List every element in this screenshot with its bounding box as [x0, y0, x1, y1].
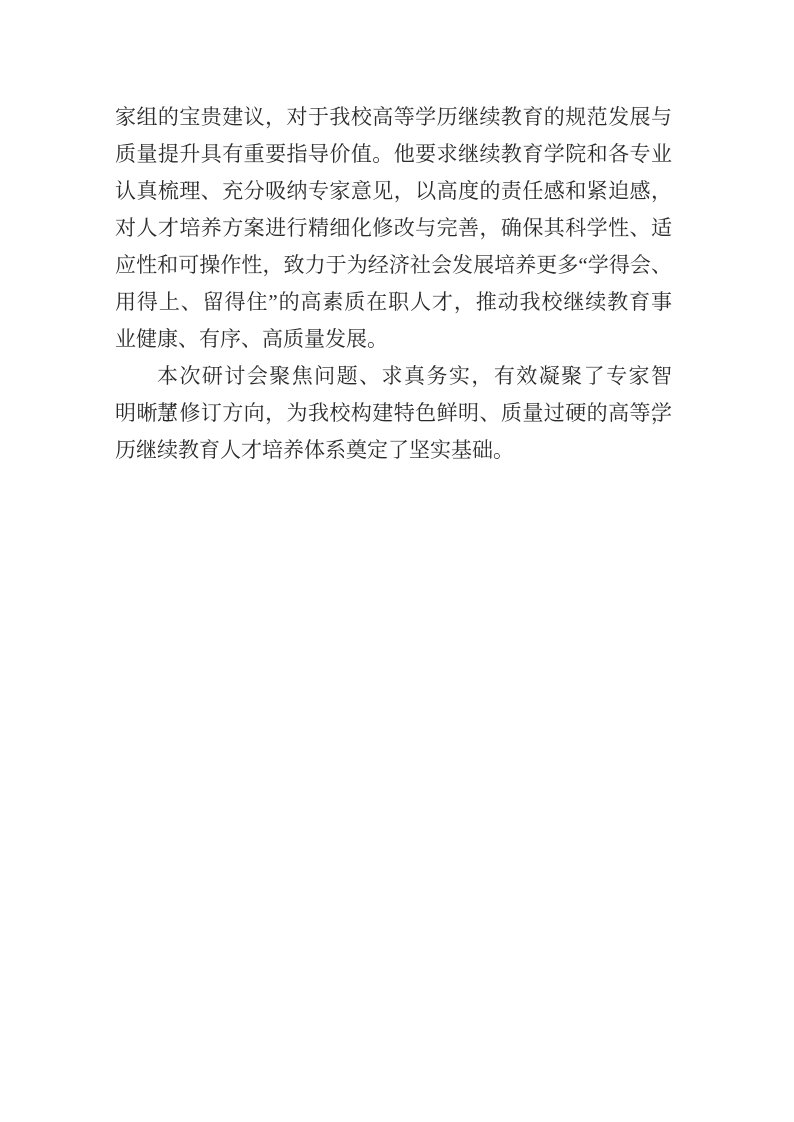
paragraph: 家组的宝贵建议，对于我校高等学历继续教育的规范发展与质量提升具有重要指导价值。他…: [115, 99, 672, 358]
text-line: 本次研讨会聚焦问题、求真务实，有效凝聚了专家智慧，: [115, 358, 672, 395]
text-line: 质量提升具有重要指导价值。他要求继续教育学院和各专业: [115, 136, 672, 173]
text-line: 业健康、有序、高质量发展。: [115, 321, 672, 358]
document-page: 家组的宝贵建议，对于我校高等学历继续教育的规范发展与质量提升具有重要指导价值。他…: [0, 0, 794, 1122]
text-line: 明晰了修订方向，为我校构建特色鲜明、质量过硬的高等学: [115, 395, 672, 432]
paragraph: 本次研讨会聚焦问题、求真务实，有效凝聚了专家智慧，明晰了修订方向，为我校构建特色…: [115, 358, 672, 469]
text-line: 认真梳理、充分吸纳专家意见，以高度的责任感和紧迫感，: [115, 173, 672, 210]
text-line: 历继续教育人才培养体系奠定了坚实基础。: [115, 432, 672, 469]
text-line: 家组的宝贵建议，对于我校高等学历继续教育的规范发展与: [115, 99, 672, 136]
text-line: 用得上、留得住”的高素质在职人才，推动我校继续教育事: [115, 284, 672, 321]
text-block: 家组的宝贵建议，对于我校高等学历继续教育的规范发展与质量提升具有重要指导价值。他…: [115, 99, 672, 469]
text-line: 应性和可操作性，致力于为经济社会发展培养更多“学得会、: [115, 247, 672, 284]
text-line: 对人才培养方案进行精细化修改与完善，确保其科学性、适: [115, 210, 672, 247]
